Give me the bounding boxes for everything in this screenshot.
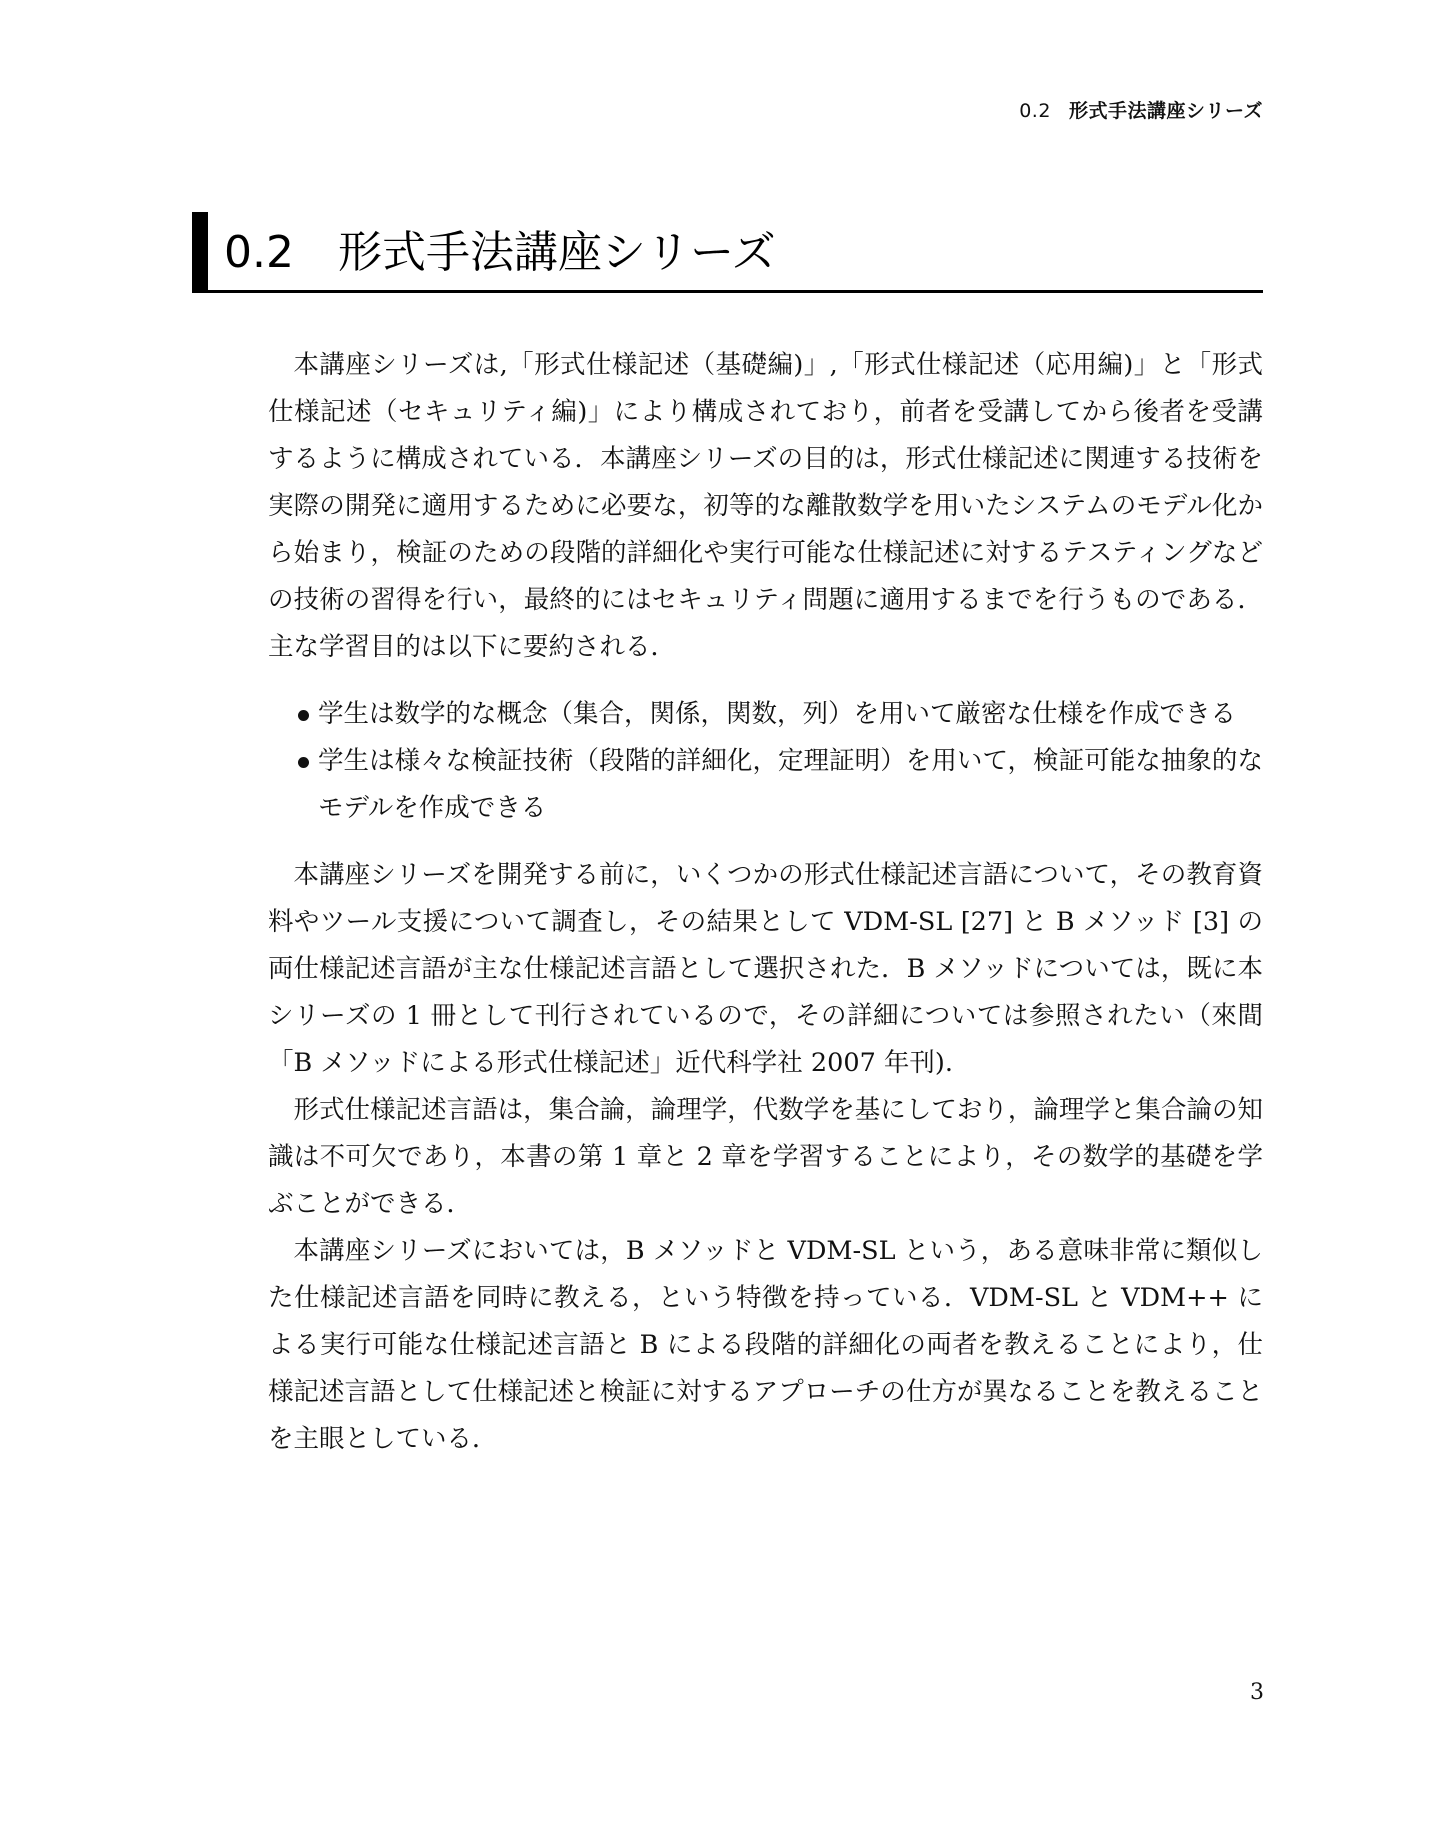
page-number: 3 xyxy=(1250,1680,1264,1705)
bullet-icon xyxy=(298,710,309,721)
running-header-title: 形式手法講座シリーズ xyxy=(1069,100,1263,122)
section-heading-bar xyxy=(192,212,208,293)
paragraph-math-foundation: 形式仕様記述言語は，集合論，論理学，代数学を基にしており，論理学と集合論の知識は… xyxy=(268,1087,1263,1228)
section-title-text: 形式手法講座シリーズ xyxy=(338,227,776,278)
list-item-text: 学生は様々な検証技術（段階的詳細化，定理証明）を用いて，検証可能な抽象的なモデル… xyxy=(318,746,1263,823)
paragraph-language-selection: 本講座シリーズを開発する前に，いくつかの形式仕様記述言語について，その教育資料や… xyxy=(268,852,1263,1087)
list-item: 学生は様々な検証技術（段階的詳細化，定理証明）を用いて，検証可能な抽象的なモデル… xyxy=(298,738,1263,832)
learning-goals-list: 学生は数学的な概念（集合，関係，関数，列）を用いて厳密な仕様を作成できる 学生は… xyxy=(268,691,1263,832)
running-header-number: 0.2 xyxy=(1019,100,1051,122)
body-content: 本講座シリーズは,「形式仕様記述（基礎編)」,「形式仕様記述（応用編)」と「形式… xyxy=(268,342,1263,1463)
list-item: 学生は数学的な概念（集合，関係，関数，列）を用いて厳密な仕様を作成できる xyxy=(298,691,1263,738)
list-item-text: 学生は数学的な概念（集合，関係，関数，列）を用いて厳密な仕様を作成できる xyxy=(318,699,1236,729)
section-title: 0.2形式手法講座シリーズ xyxy=(224,226,776,280)
paragraph-series-feature: 本講座シリーズにおいては，B メソッドと VDM-SL という，ある意味非常に類… xyxy=(268,1228,1263,1463)
section-heading: 0.2形式手法講座シリーズ xyxy=(192,212,1263,293)
bullet-icon xyxy=(298,757,309,768)
paragraph-course-overview: 本講座シリーズは,「形式仕様記述（基礎編)」,「形式仕様記述（応用編)」と「形式… xyxy=(268,342,1263,671)
running-header: 0.2形式手法講座シリーズ xyxy=(1019,96,1263,123)
section-number: 0.2 xyxy=(224,227,294,278)
